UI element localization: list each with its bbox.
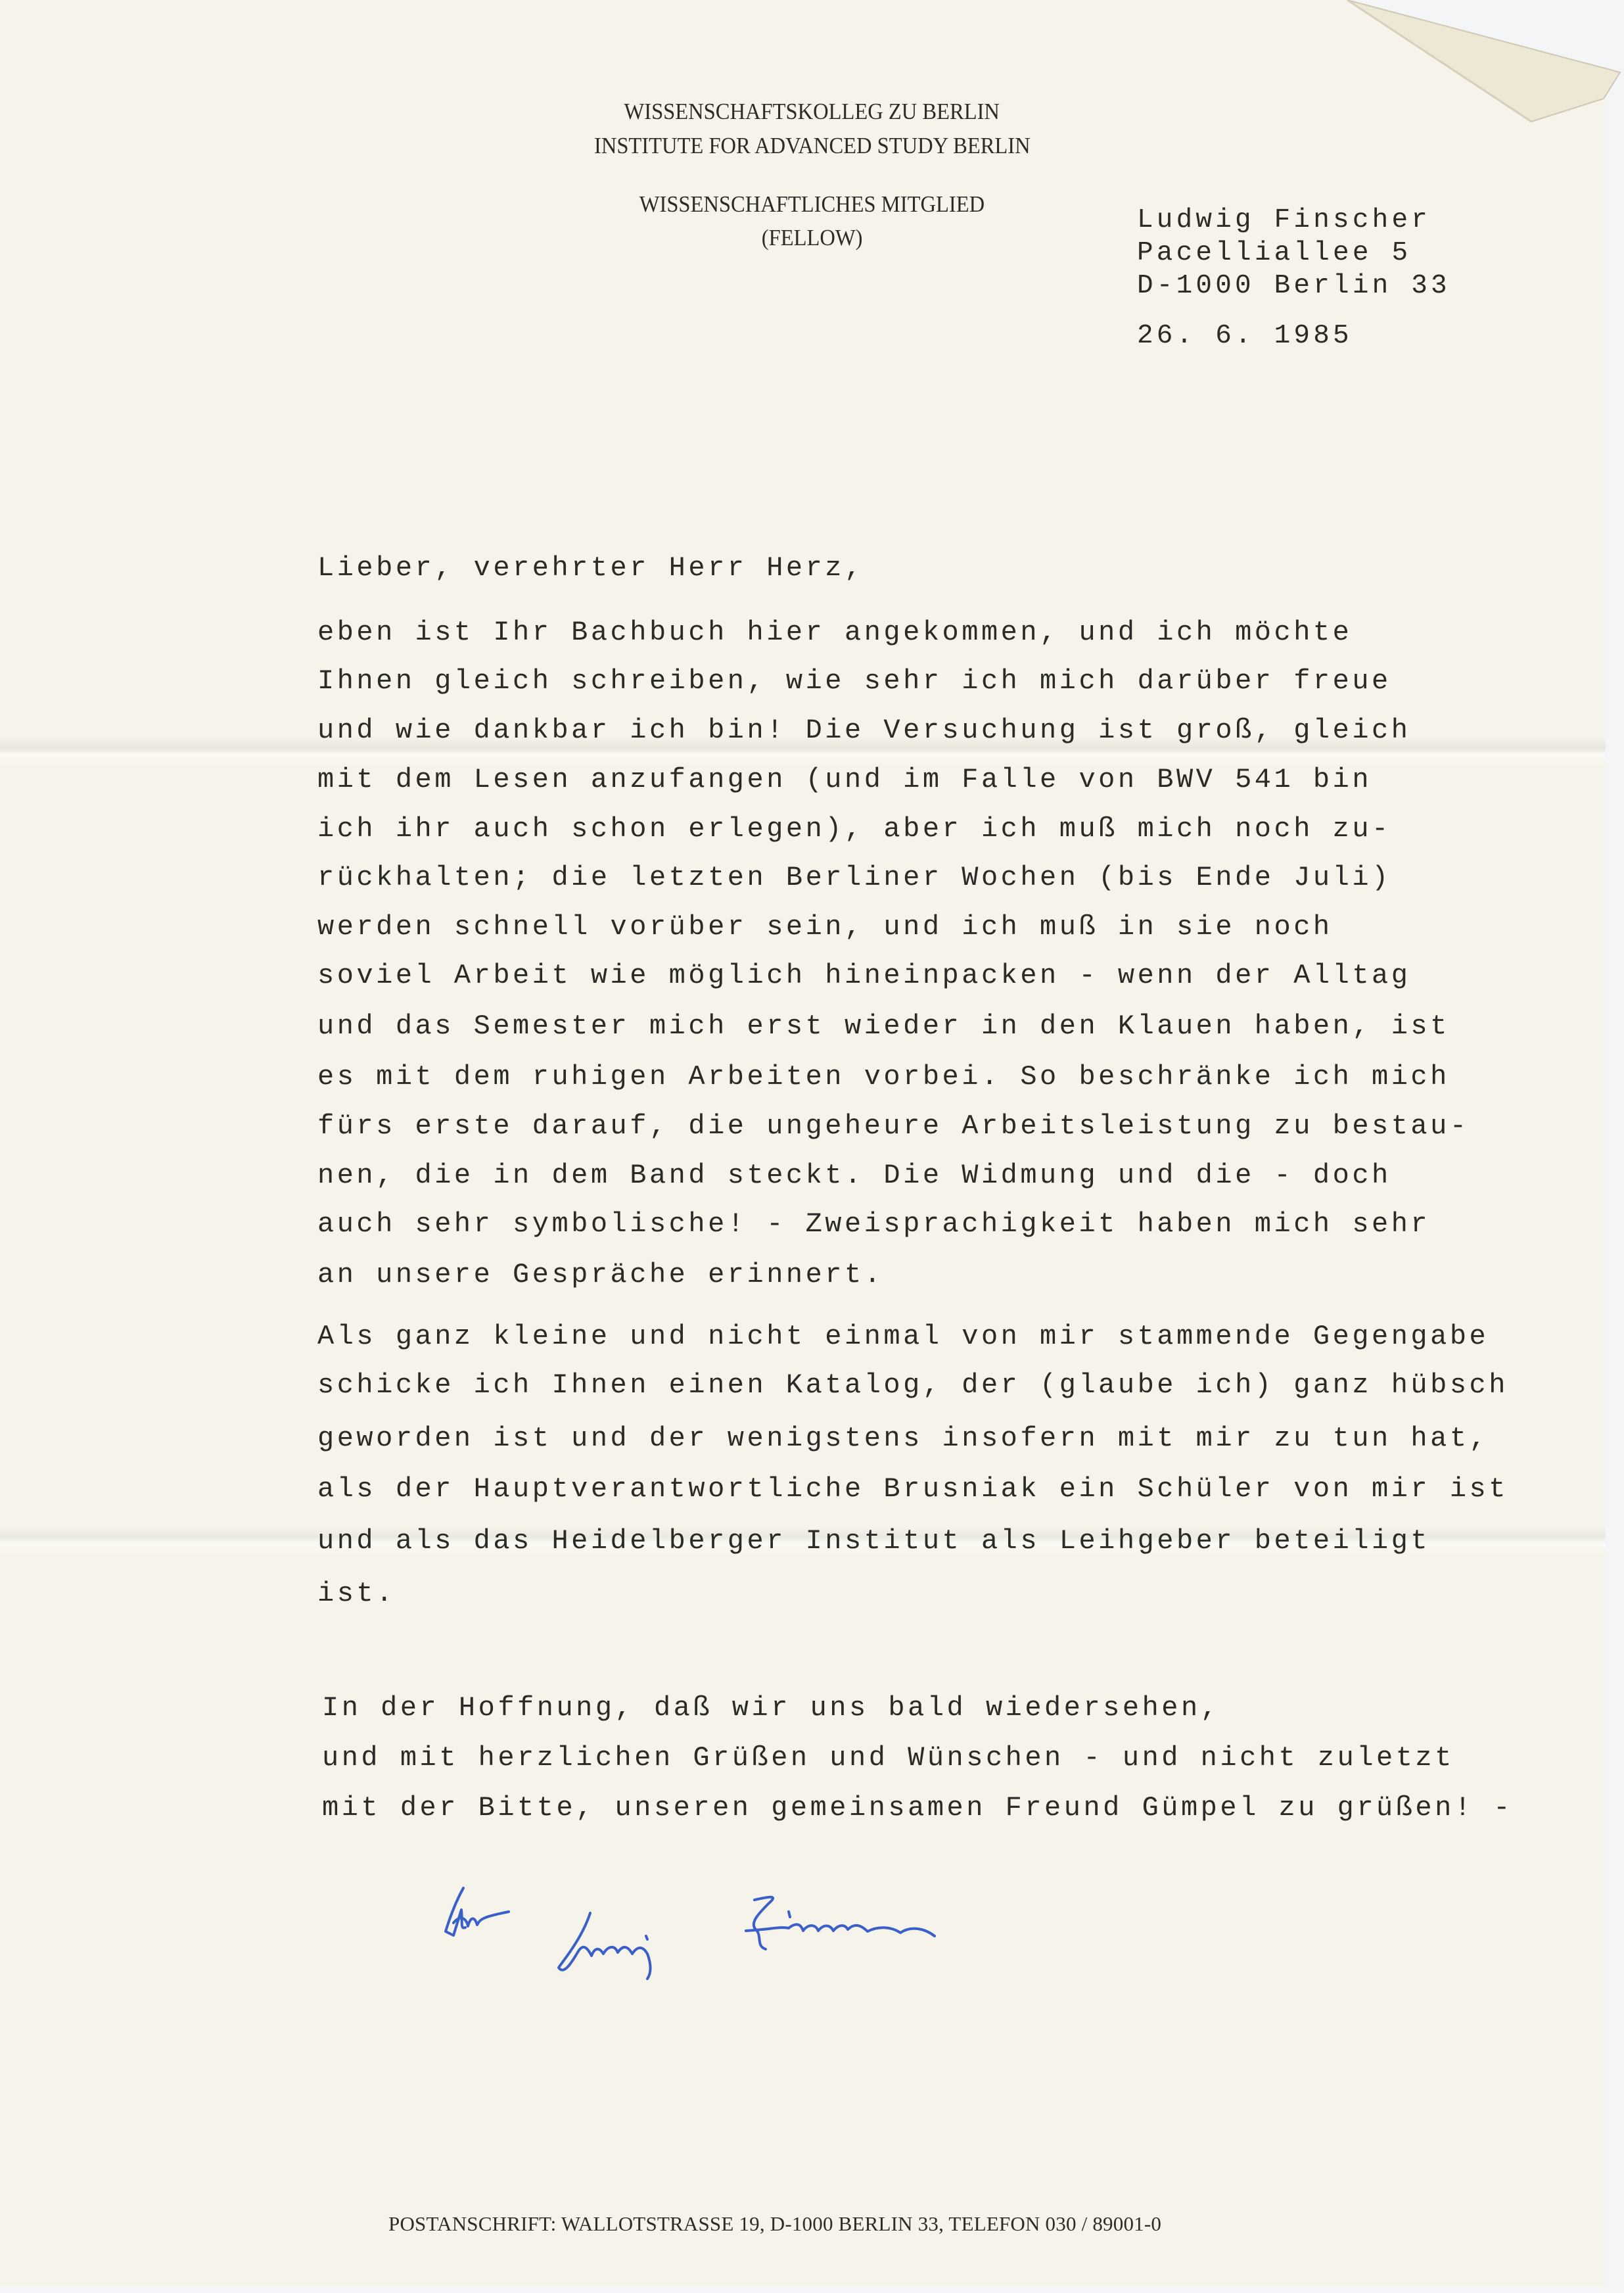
body-line: an unsere Gespräche erinnert. [317, 1259, 883, 1290]
body-line: mit dem Lesen anzufangen (und im Falle v… [317, 764, 1372, 795]
body-line: Als ganz kleine und nicht einmal von mir… [317, 1321, 1489, 1352]
body-line: werden schnell vorüber sein, und ich muß… [317, 911, 1333, 943]
salutation: Lieber, verehrter Herr Herz, [317, 552, 864, 584]
closing-line: In der Hoffnung, daß wir uns bald wieder… [322, 1692, 1220, 1724]
letterhead-institution-en: INSTITUTE FOR ADVANCED STUDY BERLIN [0, 133, 1624, 159]
body-line: und das Semester mich erst wieder in den… [317, 1010, 1450, 1042]
letter-date: 26. 6. 1985 [1137, 321, 1353, 351]
body-line: es mit dem ruhigen Arbeiten vorbei. So b… [317, 1061, 1450, 1093]
sender-name: Ludwig Finscher [1137, 205, 1431, 235]
body-line: schicke ich Ihnen einen Katalog, der (gl… [317, 1369, 1508, 1401]
sender-city: D-1000 Berlin 33 [1137, 271, 1450, 301]
body-line: ich ihr auch schon erlegen), aber ich mu… [317, 813, 1391, 845]
body-line: nen, die in dem Band steckt. Die Widmung… [317, 1160, 1391, 1191]
body-line: auch sehr symbolische! - Zweisprachigkei… [317, 1208, 1430, 1240]
body-line: als der Hauptverantwortliche Brusniak ei… [317, 1473, 1508, 1505]
letterhead-institution-de: WISSENSCHAFTSKOLLEG ZU BERLIN [0, 99, 1624, 125]
body-line: geworden ist und der wenigstens insofern… [317, 1423, 1489, 1454]
body-line: Ihnen gleich schreiben, wie sehr ich mic… [317, 665, 1391, 697]
handwritten-signature [434, 1880, 960, 1985]
body-line: eben ist Ihr Bachbuch hier angekommen, u… [317, 617, 1352, 648]
body-line: rückhalten; die letzten Berliner Wochen … [317, 862, 1391, 893]
body-line: und als das Heidelberger Institut als Le… [317, 1525, 1430, 1557]
body-line: soviel Arbeit wie möglich hineinpacken -… [317, 960, 1410, 991]
sender-street: Pacelliallee 5 [1137, 238, 1411, 268]
closing-line: mit der Bitte, unseren gemeinsamen Freun… [322, 1792, 1513, 1824]
body-line: und wie dankbar ich bin! Die Versuchung … [317, 715, 1410, 746]
closing-line: und mit herzlichen Grüßen und Wünschen -… [322, 1742, 1454, 1774]
body-line: fürs erste darauf, die ungeheure Arbeits… [317, 1110, 1470, 1142]
footer-postal-address: POSTANSCHRIFT: WALLOTSTRASSE 19, D-1000 … [388, 2212, 1161, 2236]
body-line: ist. [317, 1578, 396, 1609]
